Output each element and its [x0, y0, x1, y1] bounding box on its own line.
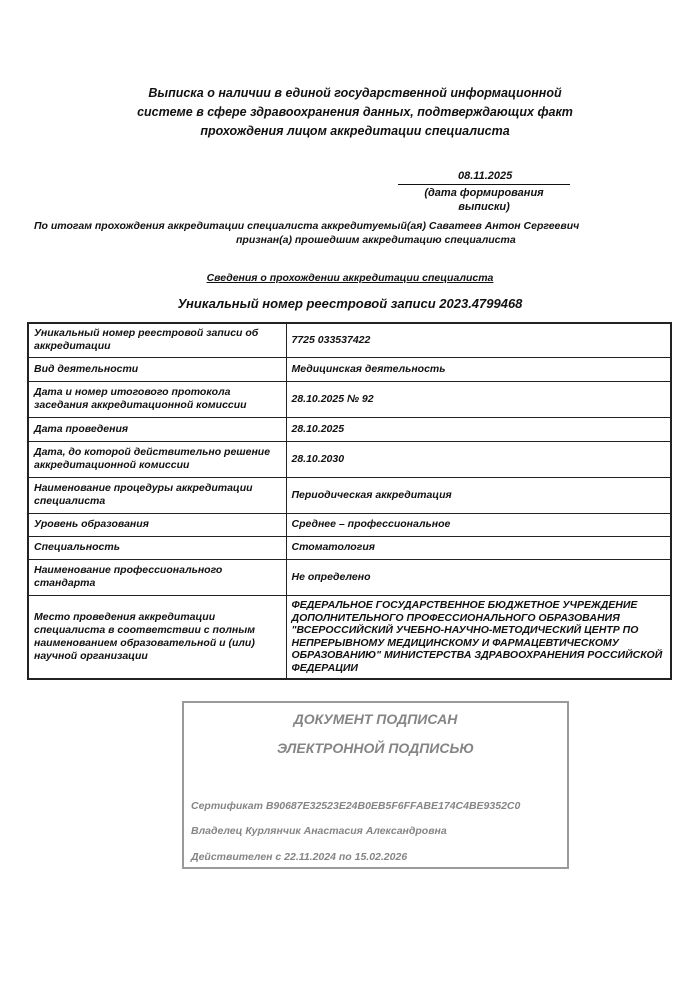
- row-value: 7725 033537422: [286, 323, 671, 357]
- stamp-certificate: Сертификат B90687E32523E24B0EB5F6FFABE17…: [191, 800, 520, 812]
- table-row: Специальность Стоматология: [28, 536, 671, 559]
- table-row: Уровень образования Среднее – профессион…: [28, 513, 671, 536]
- row-label: Специальность: [28, 536, 286, 559]
- table-row: Наименование профессионального стандарта…: [28, 559, 671, 595]
- row-value: 28.10.2025: [286, 417, 671, 441]
- result-line-1: По итогам прохождения аккредитации специ…: [20, 219, 680, 233]
- stamp-heading-electronic: ЭЛЕКТРОННОЙ ПОДПИСЬЮ: [184, 740, 567, 756]
- issue-date-caption: (дата формирования выписки): [398, 186, 570, 214]
- row-value: 28.10.2025 № 92: [286, 381, 671, 417]
- stamp-owner: Владелец Курлянчик Анастасия Александров…: [191, 825, 447, 837]
- row-label: Дата проведения: [28, 417, 286, 441]
- row-label: Вид деятельности: [28, 357, 286, 381]
- accreditation-result: По итогам прохождения аккредитации специ…: [20, 219, 680, 247]
- table-row: Место проведения аккредитации специалист…: [28, 595, 671, 679]
- title-line-2: системе в сфере здравоохранения данных, …: [110, 103, 600, 122]
- document-title: Выписка о наличии в единой государственн…: [110, 84, 600, 141]
- row-label: Место проведения аккредитации специалист…: [28, 595, 286, 679]
- result-line-2: признан(а) прошедшим аккредитацию специа…: [20, 233, 680, 247]
- row-value: Среднее – профессиональное: [286, 513, 671, 536]
- title-line-1: Выписка о наличии в единой государственн…: [110, 84, 600, 103]
- accreditation-extract-page: Выписка о наличии в единой государственн…: [0, 0, 700, 1000]
- row-value: 28.10.2030: [286, 441, 671, 477]
- registry-number-title: Уникальный номер реестровой записи 2023.…: [0, 296, 700, 311]
- table-row: Дата и номер итогового протокола заседан…: [28, 381, 671, 417]
- stamp-validity: Действителен с 22.11.2024 по 15.02.2026: [191, 851, 407, 863]
- accreditation-details-table: Уникальный номер реестровой записи об ак…: [27, 322, 672, 680]
- row-value: Медицинская деятельность: [286, 357, 671, 381]
- row-value: Периодическая аккредитация: [286, 477, 671, 513]
- table-row: Дата, до которой действительно решение а…: [28, 441, 671, 477]
- electronic-signature-stamp: ДОКУМЕНТ ПОДПИСАН ЭЛЕКТРОННОЙ ПОДПИСЬЮ С…: [182, 701, 569, 869]
- table-row: Уникальный номер реестровой записи об ак…: [28, 323, 671, 357]
- row-label: Наименование профессионального стандарта: [28, 559, 286, 595]
- row-label: Уникальный номер реестровой записи об ак…: [28, 323, 286, 357]
- row-value: Стоматология: [286, 536, 671, 559]
- table-row: Вид деятельности Медицинская деятельност…: [28, 357, 671, 381]
- row-value: Не определено: [286, 559, 671, 595]
- row-label: Дата, до которой действительно решение а…: [28, 441, 286, 477]
- row-label: Наименование процедуры аккредитации спец…: [28, 477, 286, 513]
- table-row: Наименование процедуры аккредитации спец…: [28, 477, 671, 513]
- issue-date: 08.11.2025: [398, 170, 570, 185]
- row-label: Уровень образования: [28, 513, 286, 536]
- row-value: ФЕДЕРАЛЬНОЕ ГОСУДАРСТВЕННОЕ БЮДЖЕТНОЕ УЧ…: [286, 595, 671, 679]
- stamp-heading-signed: ДОКУМЕНТ ПОДПИСАН: [184, 711, 567, 727]
- issue-date-block: 08.11.2025 (дата формирования выписки): [398, 170, 570, 214]
- table-row: Дата проведения 28.10.2025: [28, 417, 671, 441]
- section-heading: Сведения о прохождении аккредитации спец…: [0, 272, 700, 284]
- row-label: Дата и номер итогового протокола заседан…: [28, 381, 286, 417]
- title-line-3: прохождения лицом аккредитации специалис…: [110, 122, 600, 141]
